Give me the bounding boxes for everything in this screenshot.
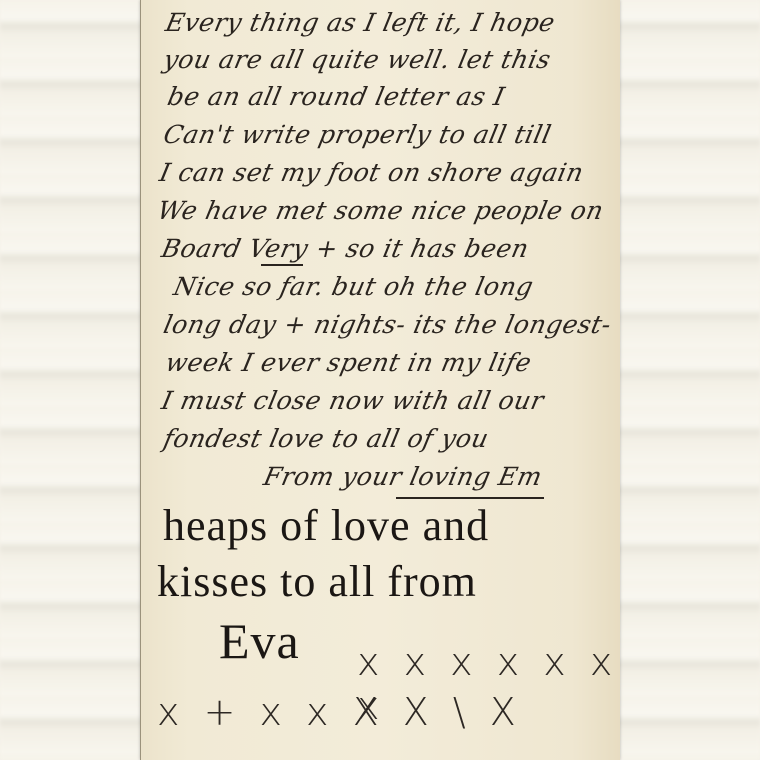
- signature-eva: Eva: [219, 612, 300, 670]
- letter-line: Every thing as I left it, I hope: [163, 8, 558, 37]
- letter-line: week I ever spent in my life: [163, 348, 534, 377]
- letter-line: I must close now with all our: [159, 386, 547, 415]
- postscript-line: heaps of love and: [163, 500, 489, 551]
- letter-line: you are all quite well. let this: [161, 45, 554, 74]
- underline-loving: [396, 497, 544, 499]
- letter-line: Nice so far. but oh the long: [171, 272, 536, 301]
- letter-line: long day + nights- its the longest-: [161, 310, 614, 339]
- letter-page: Every thing as I left it, I hope you are…: [140, 0, 620, 760]
- postscript-line: kisses to all from: [157, 556, 477, 607]
- letter-line: We have met some nice people on: [155, 196, 606, 225]
- letter-line: be an all round letter as I: [165, 82, 507, 111]
- letter-line: Can't write properly to all till: [161, 120, 554, 149]
- kisses-row-2: x + x x X X \ X: [157, 690, 522, 734]
- letter-signoff: From your loving Em: [261, 462, 545, 491]
- underline-very: [261, 264, 303, 266]
- letter-line: fondest love to all of you: [161, 424, 492, 453]
- letter-line: Board Very + so it has been: [159, 234, 532, 263]
- letter-line: I can set my foot on shore again: [157, 158, 586, 187]
